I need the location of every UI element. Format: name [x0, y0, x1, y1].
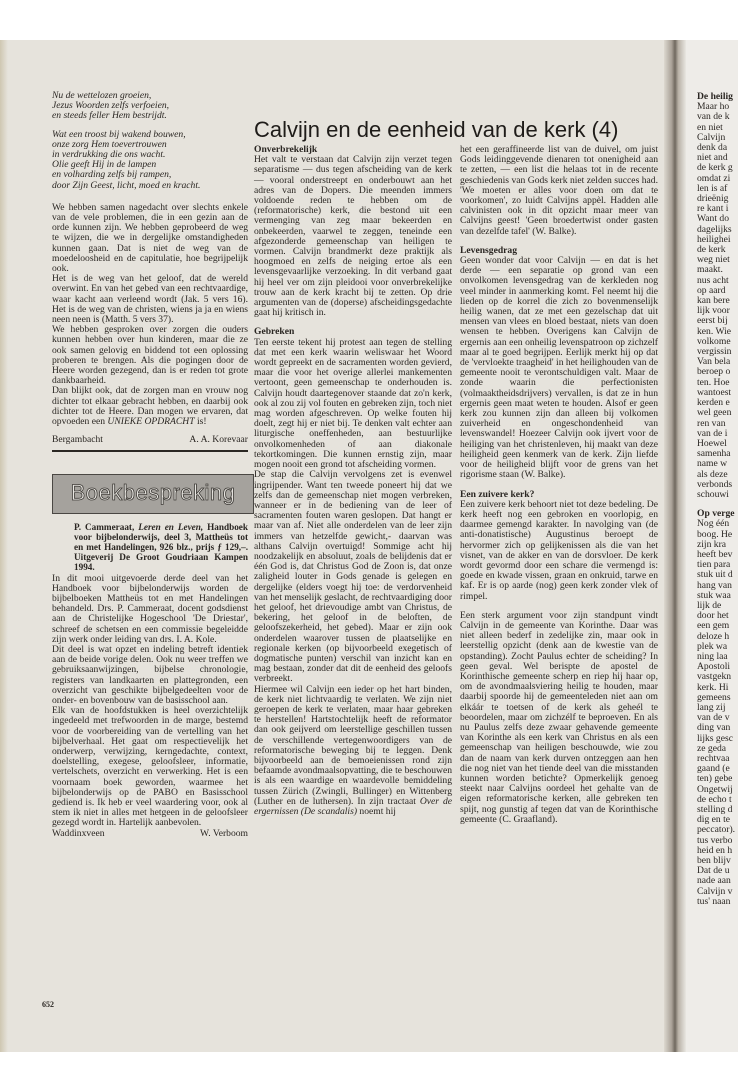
paragraph: het een geraffineerde list van de duivel… [460, 145, 658, 237]
book-title: Leren en Leven, [138, 522, 203, 532]
fragment-lines-2: Nog éénboog. Hezijn kraheeft bevtien par… [697, 519, 738, 907]
article-column-1: Onverbrekelijk Het valt te verstaan dat … [254, 145, 452, 817]
signature-line: Bergambacht A. A. Korevaar [52, 435, 248, 445]
article-column-2: het een geraffineerde list van de duivel… [460, 145, 658, 825]
signature-place: Bergambacht [52, 435, 103, 445]
paragraph: Ten eerste tekent hij protest aan tegen … [254, 338, 452, 471]
paragraph: Geen wonder dat voor Calvijn — en dat is… [460, 256, 658, 480]
review-paragraph: Dit deel is wat opzet en indeling betref… [52, 645, 248, 706]
review-paragraph: In dit mooi uitgevoerde derde deel van h… [52, 574, 248, 645]
signature-author: W. Verboom [200, 829, 248, 839]
facing-page-column: De heilig Maar hovan de ken nietCalvijnd… [697, 92, 738, 907]
banner-label: Boekbespreking [71, 488, 236, 498]
paragraph-tail: is! [195, 416, 207, 427]
fragment-line: Nog één [697, 519, 738, 529]
book-author: P. Cammeraat, [74, 522, 138, 532]
paragraph: We hebben gesproken over zorgen die oude… [52, 325, 248, 386]
paragraph-text: Hiermee wil Calvijn een ieder op het har… [254, 684, 452, 807]
poem-line: en steeds feller Hem bestrijdt. [52, 111, 248, 121]
poem-stanza-1: Nu de wettelozen groeien, Jezus Woorden … [52, 91, 248, 122]
divider-rule [52, 450, 248, 452]
paragraph: Een zuivere kerk behoort niet tot deze b… [460, 500, 658, 602]
page-edge [0, 40, 8, 1052]
fragment-line: name w [697, 459, 738, 469]
book-reference: P. Cammeraat, Leren en Leven, Handboek v… [74, 522, 248, 572]
page-number: 652 [42, 1000, 54, 1009]
signature-place: Waddinxveen [52, 829, 105, 839]
fragment-line: wel geen [697, 408, 738, 418]
review-paragraph: Elk van de hoofdstukken is heel overzich… [52, 706, 248, 828]
fragment-lines-1: Maar hovan de ken nietCalvijndenk daniet… [697, 102, 738, 500]
review-signature-line: Waddinxveen W. Verboom [52, 829, 248, 839]
signature-author: A. A. Korevaar [189, 435, 248, 445]
paragraph: Het is de weg van het geloof, dat de wer… [52, 274, 248, 325]
poem-line: door Zijn Geest, licht, moed en kracht. [52, 181, 248, 191]
paragraph: Het valt te verstaan dat Calvijn zijn ve… [254, 155, 452, 318]
emphasis-text: UNIEKE OPDRACHT [107, 416, 194, 427]
paragraph: Hiermee wil Calvijn een ieder op het har… [254, 685, 452, 818]
article-title: Calvijn en de eenheid van de kerk (4) [254, 118, 674, 142]
left-column: Nu de wettelozen groeien, Jezus Woorden … [52, 91, 248, 839]
book-gutter [664, 40, 686, 1052]
poem-stanza-2: Wat een troost bij wakend bouwen, onze z… [52, 130, 248, 191]
fragment-line: schouwi [697, 490, 738, 500]
book-review-banner: Boekbespreking [52, 474, 254, 514]
paragraph: We hebben samen nagedacht over slechts e… [52, 203, 248, 274]
paragraph-tail: noemt hij [357, 806, 396, 817]
paragraph: Dan blijkt ook, dat de zorgen man en vro… [52, 386, 248, 427]
fragment-line: tus' naan [697, 897, 738, 907]
paragraph: Een sterk argument voor zijn standpunt v… [460, 611, 658, 825]
paragraph: De stap die Calvijn vervolgens zet is ev… [254, 470, 452, 684]
